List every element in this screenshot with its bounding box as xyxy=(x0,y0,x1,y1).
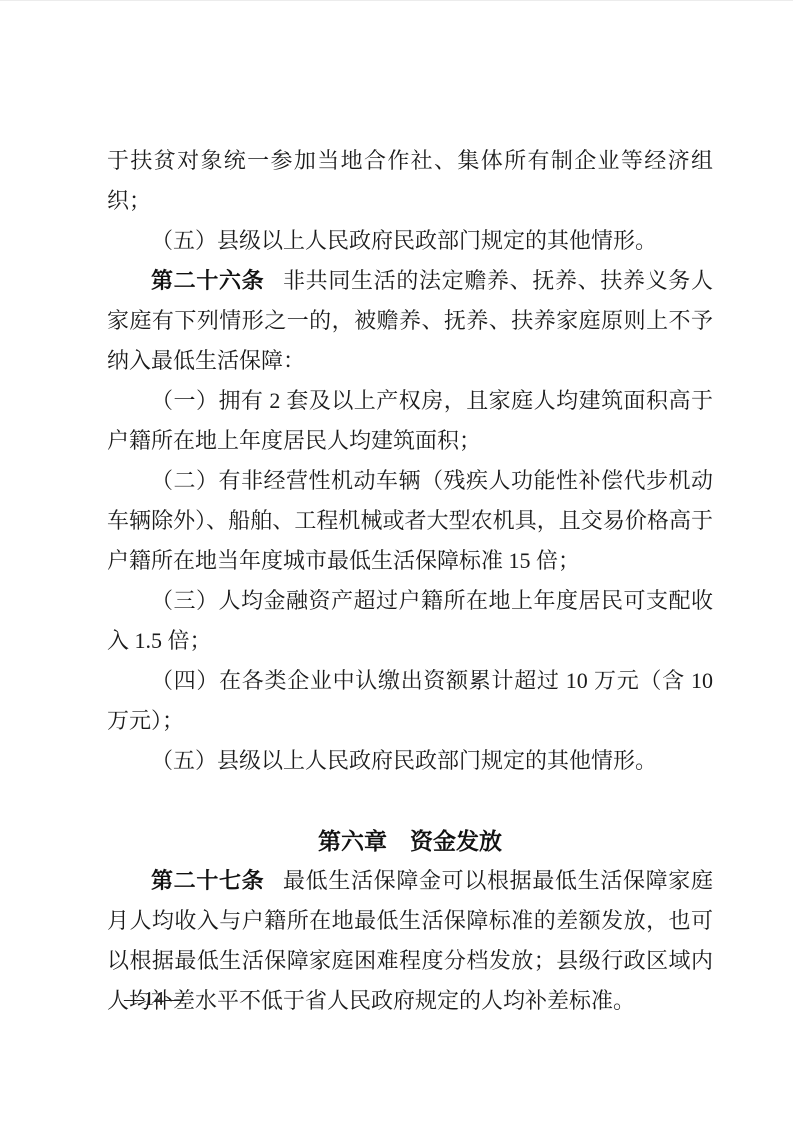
chapter-six-heading: 第六章 资金发放 xyxy=(107,821,713,861)
paragraph-item-two: （二）有非经营性机动车辆（残疾人功能性补偿代步机动车辆除外）、船舶、工程机械或者… xyxy=(107,461,713,581)
paragraph-item-three: （三）人均金融资产超过户籍所在地上年度居民可支配收入 1.5 倍； xyxy=(107,581,713,661)
article-27-label: 第二十七条 xyxy=(151,868,264,893)
article-26-label: 第二十六条 xyxy=(151,268,264,293)
document-content: 于扶贫对象统一参加当地合作社、集体所有制企业等经济组织； （五）县级以上人民政府… xyxy=(107,141,713,1021)
paragraph-item-one: （一）拥有 2 套及以上产权房，且家庭人均建筑面积高于户籍所在地上年度居民人均建… xyxy=(107,381,713,461)
paragraph-article-26: 第二十六条非共同生活的法定赡养、抚养、扶养义务人家庭有下列情形之一的，被赡养、抚… xyxy=(107,261,713,381)
page-number: —14— xyxy=(124,987,184,1011)
document-page: 于扶贫对象统一参加当地合作社、集体所有制企业等经济组织； （五）县级以上人民政府… xyxy=(0,0,793,1122)
paragraph-article-27: 第二十七条最低生活保障金可以根据最低生活保障家庭月人均收入与户籍所在地最低生活保… xyxy=(107,861,713,1021)
paragraph-item-five-article-26: （五）县级以上人民政府民政部门规定的其他情形。 xyxy=(107,741,713,781)
paragraph-item-five-article-25: （五）县级以上人民政府民政部门规定的其他情形。 xyxy=(107,221,713,261)
paragraph-item-four: （四）在各类企业中认缴出资额累计超过 10 万元（含 10 万元）； xyxy=(107,661,713,741)
paragraph-continuation: 于扶贫对象统一参加当地合作社、集体所有制企业等经济组织； xyxy=(107,141,713,221)
